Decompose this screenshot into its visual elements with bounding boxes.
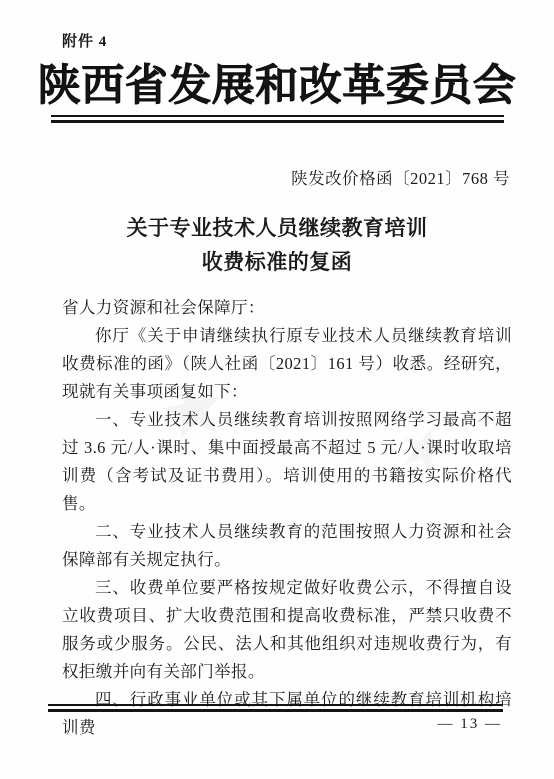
paragraph: 一、专业技术人员继续教育培训按照网络学习最高不超过 3.6 元/人·课时、集中面… [62,406,512,518]
paragraph: 你厅《关于申请继续执行原专业技术人员继续教育培训收费标准的函》（陕人社函〔202… [62,322,512,406]
attachment-label: 附件 4 [62,30,107,51]
document-body: 省人力资源和社会保障厅： 你厅《关于申请继续执行原专业技术人员继续教育培训收费标… [62,294,512,742]
org-title: 陕西省发展和改革委员会 [0,52,554,113]
salutation: 省人力资源和社会保障厅： [62,294,512,322]
paragraph: 三、收费单位要严格按规定做好收费公示，不得擅自设立收费项目、扩大收费范围和提高收… [62,574,512,686]
doc-number: 陕发改价格函〔2021〕768 号 [291,165,510,189]
doc-title-line1: 关于专业技术人员继续教育培训 [0,211,554,245]
header-double-rule [51,115,504,123]
document-page: ★ ★ 附件 4 陕西省发展和改革委员会 陕发改价格函〔2021〕768 号 关… [0,0,554,779]
paragraph: 二、专业技术人员继续教育的范围按照人力资源和社会保障部有关规定执行。 [62,518,512,574]
page-number: — 13 — [438,716,503,733]
footer-double-rule [48,704,503,712]
doc-title: 关于专业技术人员继续教育培训 收费标准的复函 [0,211,554,279]
paragraph: 四、行政事业单位或其下属单位的继续教育培训机构培训费 [62,686,512,742]
doc-title-line2: 收费标准的复函 [0,245,554,279]
